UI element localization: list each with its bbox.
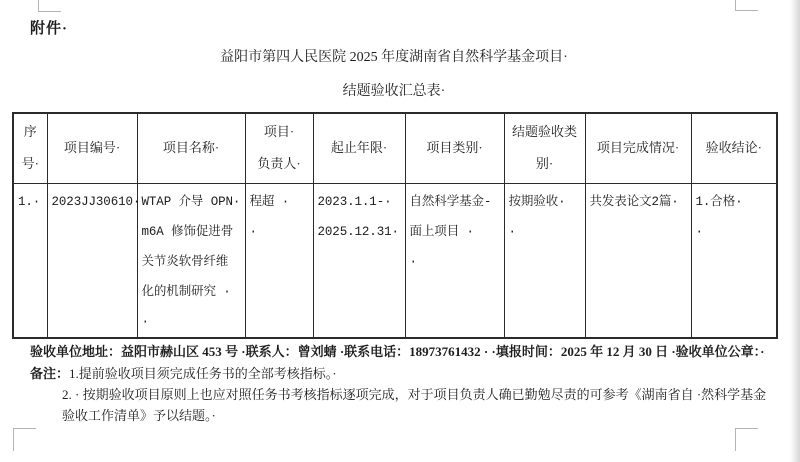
table-cell[interactable]: WTAP 介导 OPN· m6A 修饰促进骨 关节炎软骨纤维 化的机制研究 · …	[137, 183, 245, 338]
table-cell[interactable]: 程超 · ·	[245, 183, 313, 338]
table-cell[interactable]: 共发表论文2篇·	[585, 183, 691, 338]
document-page[interactable]: 附件· 益阳市第四人民医院 2025 年度湖南省自然科学基金项目· 结题验收汇总…	[0, 0, 800, 462]
table-header-row: 序 号· 项目编号· 项目名称· 项目· 负责人· 起止年限· 项目类别· 结题…	[13, 113, 777, 183]
text-boundary-mark-bottom-right	[735, 428, 758, 451]
col-header-project-leader[interactable]: 项目· 负责人·	[245, 113, 313, 183]
table-cell[interactable]: 2023JJ30610·	[47, 183, 137, 338]
table-body: 1.·2023JJ30610·WTAP 介导 OPN· m6A 修饰促进骨 关节…	[13, 183, 777, 338]
table-row: 1.·2023JJ30610·WTAP 介导 OPN· m6A 修饰促进骨 关节…	[13, 183, 777, 338]
table-cell[interactable]: 2023.1.1-· 2025.12.31·	[313, 183, 405, 338]
table-cell[interactable]: 1.·	[13, 183, 47, 338]
table-cell[interactable]: 1.合格· ·	[691, 183, 777, 338]
col-header-project-category[interactable]: 项目类别·	[405, 113, 504, 183]
footer-info-line: 验收单位地址：益阳市赫山区 453 号 ·联系人：曾刘蜻 ·联系电话：18973…	[30, 341, 765, 360]
col-header-project-name[interactable]: 项目名称·	[137, 113, 245, 183]
summary-table: 序 号· 项目编号· 项目名称· 项目· 负责人· 起止年限· 项目类别· 结题…	[12, 112, 778, 339]
col-header-duration[interactable]: 起止年限·	[313, 113, 405, 183]
doc-title-line2: 结题验收汇总表·	[12, 80, 776, 100]
col-header-acceptance-conclusion[interactable]: 验收结论·	[691, 113, 777, 183]
text-boundary-mark-bottom-left	[13, 428, 36, 451]
note-line-1: 备注：1.提前验收项目须完成任务书的全部考核指标。·	[30, 363, 337, 382]
note-line-3: 验收工作清单》予以结题。·	[62, 405, 216, 424]
note-1-text: 1.提前验收项目须完成任务书的全部考核指标。·	[69, 366, 337, 381]
col-header-serial-number[interactable]: 序 号·	[13, 113, 47, 183]
page-edge-shadow	[790, 0, 800, 462]
col-header-completion-status[interactable]: 项目完成情况·	[585, 113, 691, 183]
note-line-2: 2. · 按期验收项目原则上也应对照任务书考核指标逐项完成，对于项目负责人确已勤…	[62, 384, 766, 403]
notes-label: 备注：	[30, 366, 69, 381]
text-boundary-mark-top-left	[38, 0, 61, 12]
col-header-acceptance-type[interactable]: 结题验收类 别·	[504, 113, 585, 183]
table-cell[interactable]: 按期验收· ·	[504, 183, 585, 338]
table-cell[interactable]: 自然科学基金- 面上项目 · ·	[405, 183, 504, 338]
doc-title-line1: 益阳市第四人民医院 2025 年度湖南省自然科学基金项目·	[12, 46, 776, 66]
col-header-project-number[interactable]: 项目编号·	[47, 113, 137, 183]
attachment-label: 附件·	[30, 17, 68, 38]
text-boundary-mark-top-right	[735, 0, 758, 11]
